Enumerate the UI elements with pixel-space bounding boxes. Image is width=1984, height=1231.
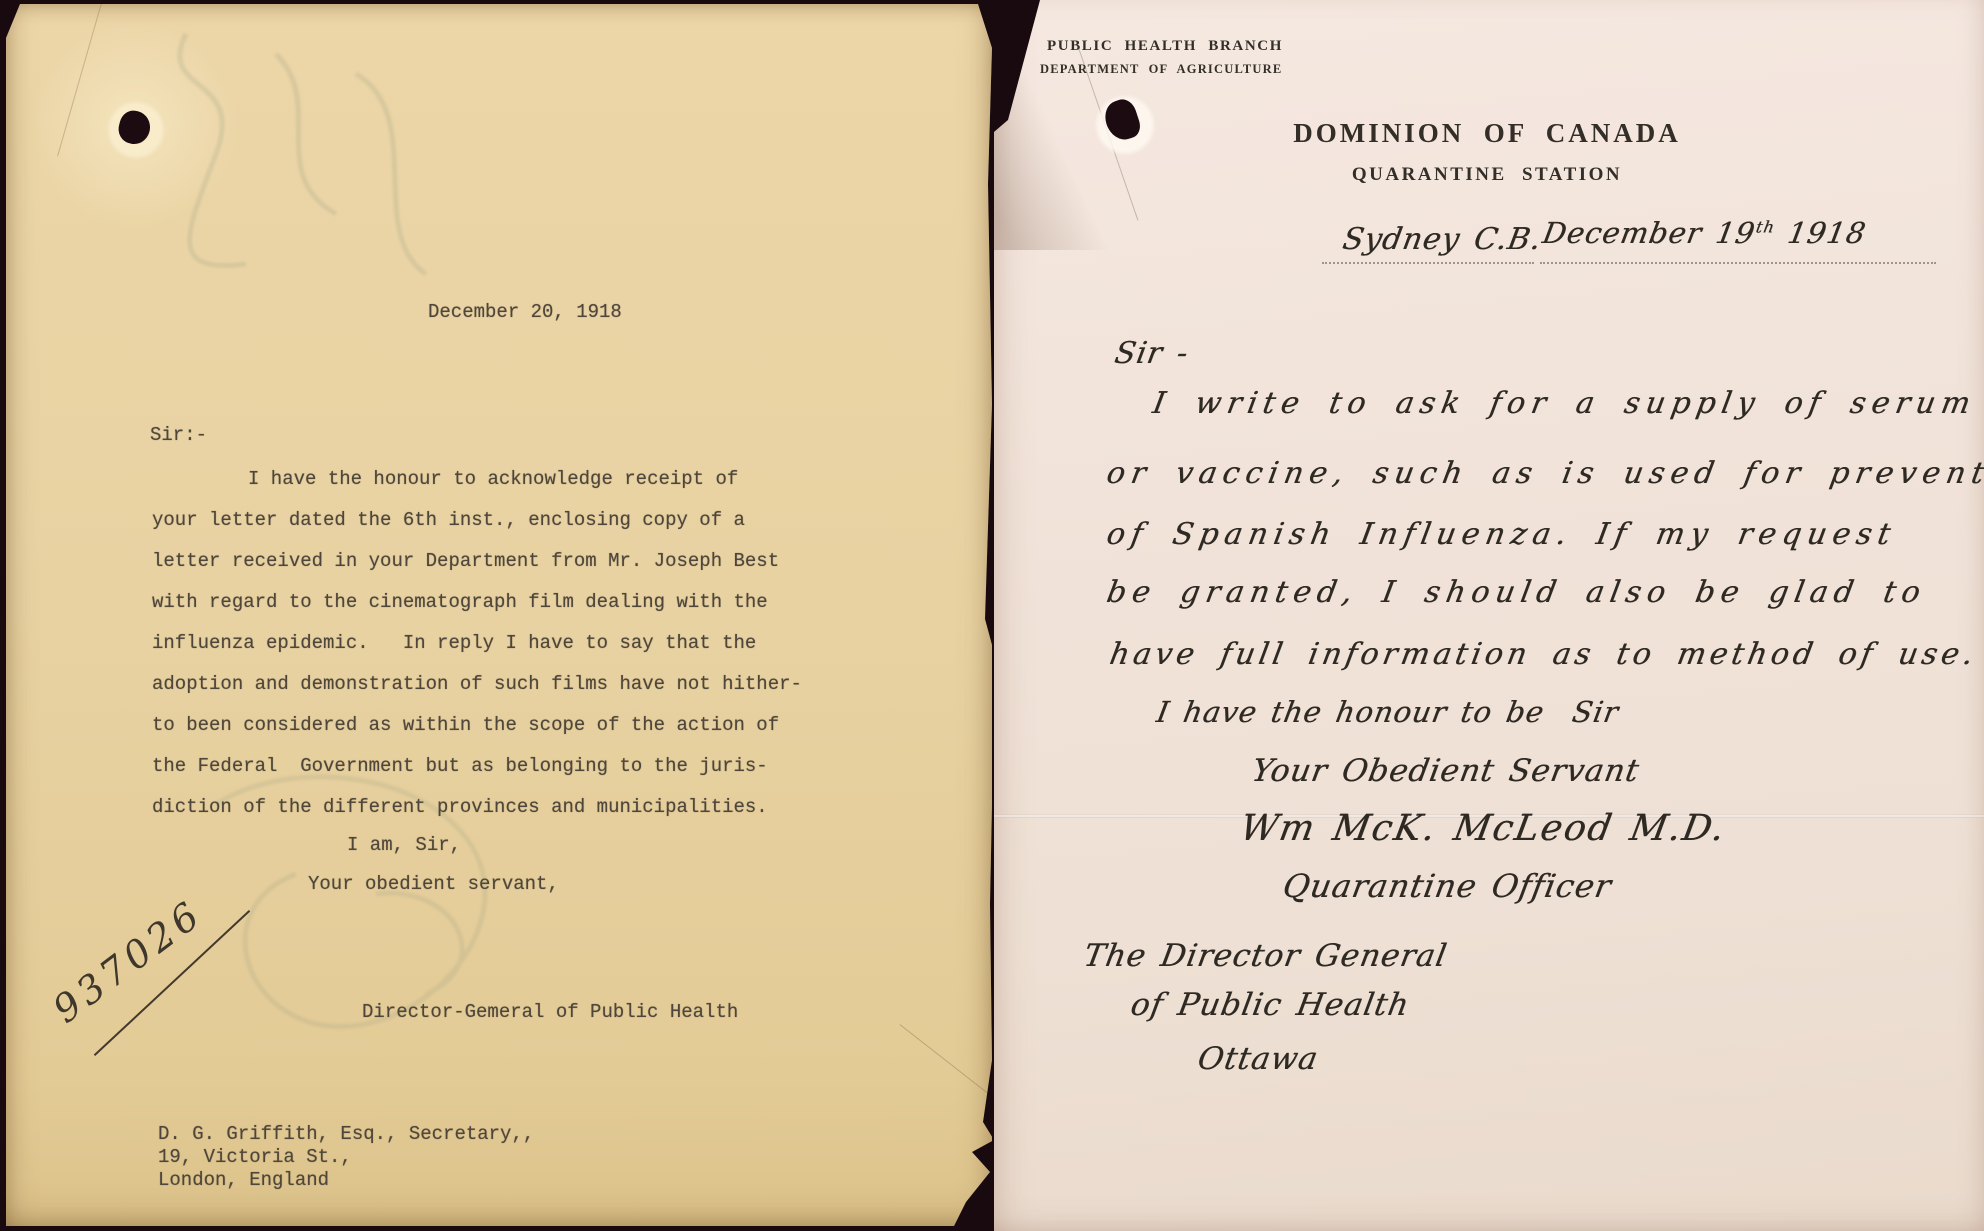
handwritten-closing-line: I have the honour to be Sir	[1154, 695, 1622, 729]
handwritten-closing-line: Your Obedient Servant	[1249, 753, 1642, 789]
photograph-of-two-letters: December 20, 1918 Sir:- I have the honou…	[0, 0, 1984, 1231]
handwritten-body-line: or vaccine, such as is used for preventi…	[1104, 456, 1984, 491]
typed-body-line: letter received in your Department from …	[152, 550, 779, 573]
handwritten-letter-page: PUBLIC HEALTH BRANCH DEPARTMENT OF AGRIC…	[994, 0, 1984, 1231]
handwritten-recipient-line: The Director General	[1081, 938, 1450, 974]
branch-header-line: DEPARTMENT OF AGRICULTURE	[1040, 62, 1282, 77]
handwritten-body-line: I write to ask for a supply of serum	[1150, 386, 1979, 421]
paper-crease	[57, 0, 105, 156]
typed-salutation: Sir:-	[150, 424, 207, 447]
typed-body-line: the Federal Government but as belonging …	[152, 755, 768, 778]
punch-hole	[115, 108, 153, 148]
typed-body-line: adoption and demonstration of such films…	[152, 673, 802, 696]
punch-hole	[1101, 96, 1144, 144]
typed-recipient-line: 19, Victoria St.,	[158, 1146, 352, 1169]
date-year: 1918	[1785, 216, 1869, 250]
letterhead-title: DOMINION OF CANADA	[1287, 118, 1687, 149]
typed-body-line: your letter dated the 6th inst., enclosi…	[152, 509, 745, 532]
handwritten-recipient-line: of Public Health	[1128, 987, 1412, 1023]
typed-closing-line: I am, Sir,	[347, 834, 461, 857]
handwritten-signature: Wm McK. McLeod M.D.	[1237, 808, 1729, 849]
typed-signature-title: Director-Gemeral of Public Health	[362, 1001, 738, 1024]
handwritten-recipient-line: Ottawa	[1195, 1041, 1321, 1077]
handwritten-body-line: be granted, I should also be glad to	[1104, 575, 1929, 610]
typed-body-line: with regard to the cinematograph film de…	[152, 591, 768, 614]
typed-recipient-line: D. G. Griffith, Esq., Secretary,,	[158, 1123, 534, 1146]
handwritten-salutation: Sir -	[1112, 336, 1191, 371]
handwritten-body-line: have full information as to method of us…	[1107, 637, 1980, 672]
typed-date: December 20, 1918	[428, 301, 622, 324]
typed-letter-page: December 20, 1918 Sir:- I have the honou…	[6, 4, 992, 1226]
handwritten-file-number: 937026	[45, 891, 211, 1031]
date-rule	[1540, 262, 1936, 264]
paper-crease	[899, 1024, 1002, 1105]
typed-body-line: diction of the different provinces and m…	[152, 796, 768, 819]
ink-showthrough-ghost	[126, 14, 466, 354]
typed-recipient-line: London, England	[158, 1169, 329, 1192]
handwritten-place: Sydney C.B.	[1340, 222, 1544, 257]
date-superscript: th	[1754, 217, 1776, 236]
typed-body-line: influenza epidemic. In reply I have to s…	[152, 632, 756, 655]
branch-header-line: PUBLIC HEALTH BRANCH	[1047, 38, 1283, 55]
letterhead-subtitle: QUARANTINE STATION	[1287, 164, 1687, 186]
typed-closing-line: Your obedient servant,	[308, 873, 559, 896]
handwritten-date: December 19th 1918	[1540, 216, 1869, 250]
place-rule	[1322, 262, 1534, 264]
typed-body-line: to been considered as within the scope o…	[152, 714, 779, 737]
handwritten-signature-title: Quarantine Officer	[1280, 867, 1615, 905]
typed-body-line: I have the honour to acknowledge receipt…	[248, 468, 738, 491]
handwritten-body-line: of Spanish Influenza. If my request	[1104, 517, 1899, 552]
date-main: December 19	[1540, 216, 1758, 250]
